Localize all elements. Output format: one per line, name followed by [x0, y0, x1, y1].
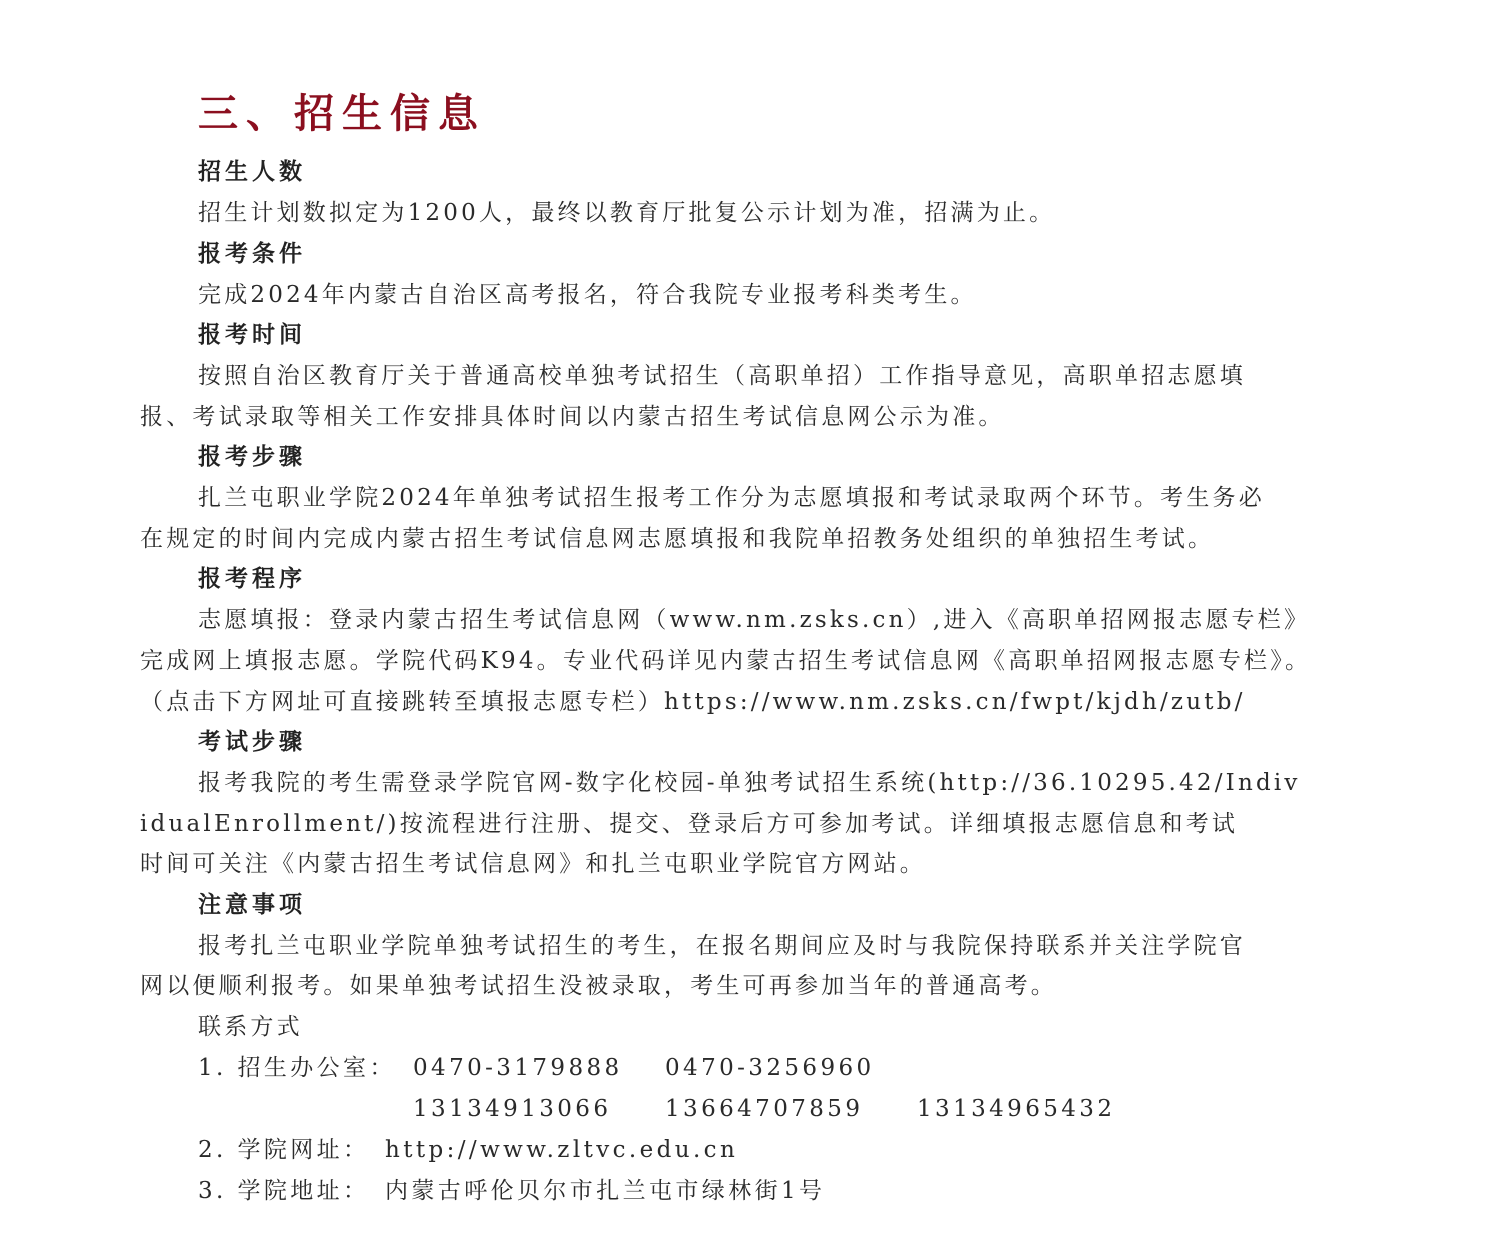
notes-line-2: 网以便顺利报考。如果单独考试招生没被录取，考生可再参加当年的普通高考。	[140, 971, 1360, 1001]
website-label: 2. 学院网址：	[198, 1135, 369, 1165]
office-phone-1: 0470-3179888	[413, 1053, 623, 1083]
procedure-text-line-1: 志愿填报：登录内蒙古招生考试信息网（www.nm.zsks.cn）,进入《高职单…	[198, 605, 1418, 635]
mobile-phone-3: 13134965432	[917, 1094, 1115, 1124]
steps-text-line-1: 扎兰屯职业学院2024年单独考试招生报考工作分为志愿填报和考试录取两个环节。考生…	[198, 483, 1418, 513]
conditions-text: 完成2024年内蒙古自治区高考报名，符合我院专业报考科类考生。	[198, 280, 1418, 310]
mobile-phone-1: 13134913066	[413, 1094, 611, 1124]
heading-notes: 注意事项	[198, 890, 1418, 920]
steps-text-line-2: 在规定的时间内完成内蒙古招生考试信息网志愿填报和我院单招教务处组织的单独招生考试…	[140, 524, 1360, 554]
office-phone-2: 0470-3256960	[665, 1053, 875, 1083]
office-label: 1. 招生办公室：	[198, 1053, 396, 1083]
heading-steps: 报考步骤	[198, 442, 1418, 472]
heading-exam-steps: 考试步骤	[198, 727, 1418, 757]
procedure-text-line-2: 完成网上填报志愿。学院代码K94。专业代码详见内蒙古招生考试信息网《高职单招网报…	[140, 646, 1360, 676]
heading-procedure: 报考程序	[198, 564, 1418, 594]
address-text: 内蒙古呼伦贝尔市扎兰屯市绿林街1号	[385, 1176, 825, 1206]
heading-enrollment-count: 招生人数	[198, 157, 1418, 187]
time-text-line-1: 按照自治区教育厅关于普通高校单独考试招生（高职单招）工作指导意见，高职单招志愿填	[198, 361, 1418, 391]
page-title: 三、招生信息	[198, 82, 486, 139]
contact-heading: 联系方式	[198, 1012, 1418, 1042]
exam-steps-line-1: 报考我院的考生需登录学院官网-数字化校园-单独考试招生系统(http://36.…	[198, 768, 1418, 798]
exam-steps-line-2: idualEnrollment/)按流程进行注册、提交、登录后方可参加考试。详细…	[140, 809, 1360, 839]
heading-time: 报考时间	[198, 320, 1418, 350]
notes-line-1: 报考扎兰屯职业学院单独考试招生的考生，在报名期间应及时与我院保持联系并关注学院官	[198, 931, 1418, 961]
website-link[interactable]: http://www.zltvc.edu.cn	[385, 1135, 738, 1165]
heading-conditions: 报考条件	[198, 239, 1418, 269]
procedure-link-line[interactable]: （点击下方网址可直接跳转至填报志愿专栏）https://www.nm.zsks.…	[140, 687, 1360, 717]
enrollment-count-text: 招生计划数拟定为1200人，最终以教育厅批复公示计划为准，招满为止。	[198, 198, 1418, 228]
exam-steps-line-3: 时间可关注《内蒙古招生考试信息网》和扎兰屯职业学院官方网站。	[140, 849, 1360, 879]
mobile-phone-2: 13664707859	[665, 1094, 863, 1124]
time-text-line-2: 报、考试录取等相关工作安排具体时间以内蒙古招生考试信息网公示为准。	[140, 402, 1360, 432]
address-label: 3. 学院地址：	[198, 1176, 369, 1206]
